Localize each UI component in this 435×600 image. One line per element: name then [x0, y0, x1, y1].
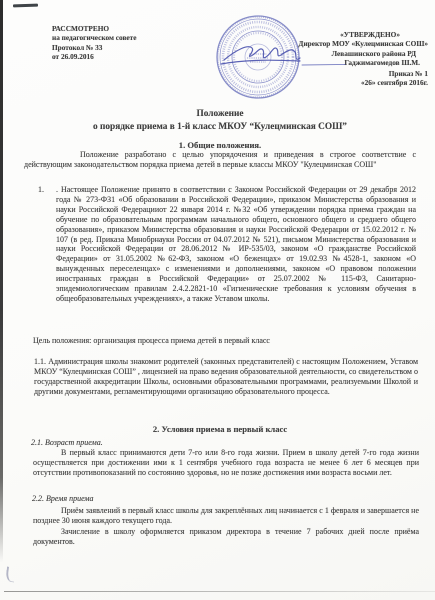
- reviewed-label: РАССМОТРЕНО: [52, 24, 202, 33]
- sub22-paragraph2: Зачисление в школу оформляется приказом …: [33, 527, 419, 547]
- director-signature: [218, 38, 348, 72]
- document-title: Положение о порядке приема в 1-й класс М…: [30, 108, 410, 133]
- item1-number: 1.: [38, 185, 44, 195]
- goal-line: Цель положения: организация процесса при…: [33, 336, 423, 346]
- scan-corner-mark: [13, 4, 38, 8]
- sub22-paragraph1: Приём заявлений в первый класс школы для…: [33, 506, 419, 526]
- section2-heading: 2. Условия приема в первый класс: [30, 424, 410, 434]
- sub21-heading: 2.1. Возраст приема.: [31, 438, 103, 448]
- item1-paragraph: . Настоящее Положение принято в соответс…: [56, 185, 416, 304]
- title-line2: о порядке приема в 1-й класс МКОУ “Кулец…: [30, 121, 410, 134]
- sub22-heading: 2.2. Время приема: [32, 494, 94, 504]
- scan-bottom-edge-line: [4, 591, 435, 592]
- reviewed-body: на педагогическом совете: [52, 33, 202, 42]
- sub21-paragraph: В первый класс принимаются дети 7-го или…: [33, 448, 419, 478]
- protocol-date: от 26.09.2016: [52, 52, 202, 61]
- scan-left-edge-shadow: [0, 0, 3, 562]
- protocol-number: Протокол № 33: [52, 43, 202, 52]
- item11-paragraph: 1.1. Администрация школы знакомит родите…: [34, 357, 418, 397]
- section1-heading: 1. Общие положения.: [30, 140, 410, 150]
- reviewed-block: РАССМОТРЕНО на педагогическом совете Про…: [52, 24, 202, 62]
- scan-bottom-left-blot: [5, 566, 16, 582]
- scanned-document-page: РАССМОТРЕНО на педагогическом совете Про…: [0, 0, 435, 600]
- section1-intro-paragraph: Положение разработано с целью упорядочен…: [24, 150, 416, 170]
- title-line1: Положение: [30, 108, 410, 121]
